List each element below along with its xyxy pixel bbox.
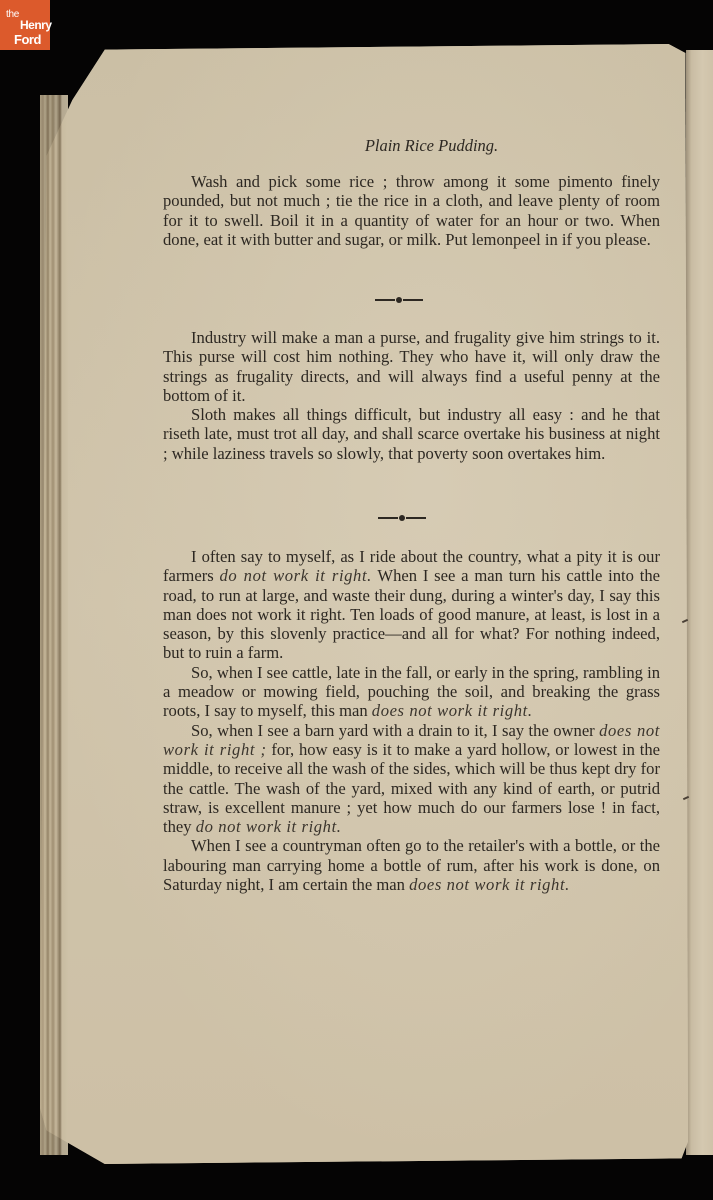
divider-rule-right: [403, 299, 423, 301]
paragraph: So, when I see cattle, late in the fall,…: [163, 663, 660, 721]
divider-ornament-icon: [396, 297, 402, 303]
emphasis-text: does not work it right.: [409, 875, 570, 894]
henry-ford-logo: the Henry Ford: [0, 0, 50, 50]
paragraph: Sloth makes all things difficult, but in…: [163, 405, 660, 463]
recipe-title: Plain Rice Pudding.: [163, 136, 660, 156]
divider-rule-left: [378, 517, 398, 519]
section-industry: Industry will make a man a purse, and fr…: [163, 328, 660, 463]
page-stack-edges: [40, 95, 68, 1155]
paragraph-text: So, when I see a barn yard with a drain …: [191, 721, 599, 740]
emphasis-text: do not work it right.: [196, 817, 342, 836]
divider-ornament-icon: [399, 515, 405, 521]
logo-text-henry: Henry: [20, 19, 52, 31]
divider-rule-right: [406, 517, 426, 519]
facing-page-edge: [686, 50, 713, 1155]
section-recipe: Wash and pick some rice ; throw among it…: [163, 172, 660, 249]
ornamental-divider: [375, 297, 423, 303]
ornamental-divider: [378, 515, 426, 521]
paragraph: When I see a countryman often go to the …: [163, 836, 660, 894]
paragraph: Industry will make a man a purse, and fr…: [163, 328, 660, 405]
scan-viewer: the Henry Ford Plain Rice Pudding. Wash …: [0, 0, 713, 1200]
section-farming: I often say to myself, as I ride about t…: [163, 547, 660, 894]
paragraph: So, when I see a barn yard with a drain …: [163, 721, 660, 837]
emphasis-text: do not work it right.: [219, 566, 371, 585]
divider-rule-left: [375, 299, 395, 301]
paragraph: I often say to myself, as I ride about t…: [163, 547, 660, 663]
paragraph: Wash and pick some rice ; throw among it…: [163, 172, 660, 249]
logo-text-the: the: [6, 10, 19, 20]
logo-text-ford: Ford: [14, 33, 41, 46]
emphasis-text: does not work it right.: [372, 701, 533, 720]
